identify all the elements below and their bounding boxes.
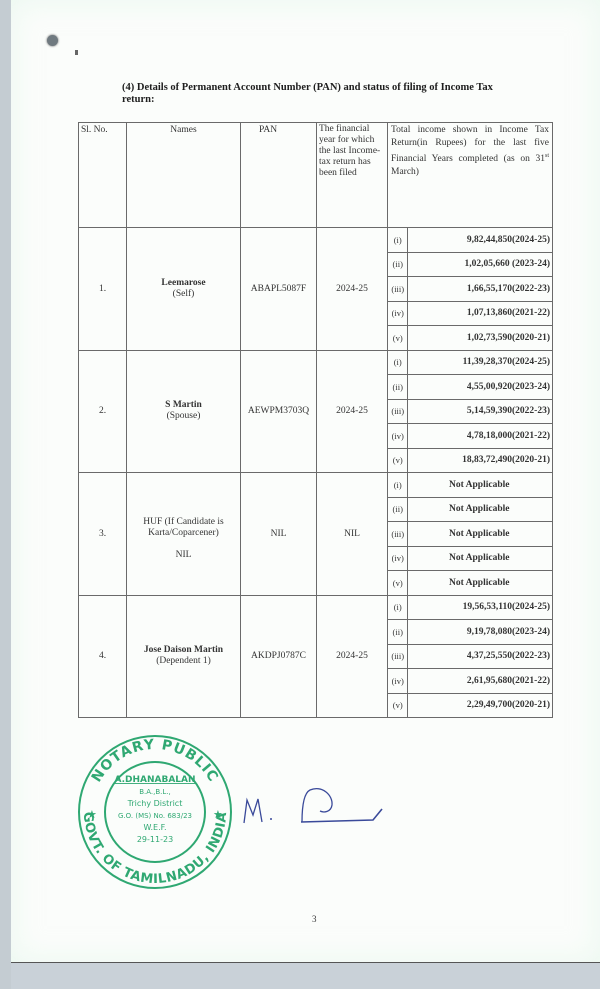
notary-stamp: NOTARY PUBLIC GOVT. OF TAMILNADU, INDIA … (70, 730, 240, 890)
income-value: 2,61,95,680(2021-22) (408, 669, 553, 694)
income-index: (iv) (388, 424, 408, 449)
row-financial-year: 2024-25 (317, 350, 388, 473)
relation: (Spouse) (167, 411, 201, 421)
header-total-income: Total income shown in Income Tax Return(… (388, 123, 553, 228)
table-row: 4.Jose Daison Martin(Dependent 1)AKDPJ07… (79, 595, 553, 620)
income-value: Not Applicable (408, 497, 553, 522)
income-value: 5,14,59,390(2022-23) (408, 399, 553, 424)
income-index: (iii) (388, 644, 408, 669)
scan-speck (75, 50, 78, 55)
row-sl-no: 1. (79, 228, 127, 351)
row-financial-year: 2024-25 (317, 228, 388, 351)
table-header-row: Sl. No. Names PAN The financial year for… (79, 123, 553, 228)
income-value: 1,66,55,170(2022-23) (408, 277, 553, 302)
income-value: 11,39,28,370(2024-25) (408, 350, 553, 375)
row-pan: ABAPL5087F (241, 228, 317, 351)
income-index: (i) (388, 473, 408, 498)
income-index: (iii) (388, 399, 408, 424)
income-index: (v) (388, 571, 408, 596)
row-name-cell: Jose Daison Martin(Dependent 1) (127, 595, 241, 718)
row-financial-year: 2024-25 (317, 595, 388, 718)
svg-text:W.E.F.: W.E.F. (144, 823, 167, 832)
income-value: Not Applicable (408, 522, 553, 547)
income-value: 4,37,25,550(2022-23) (408, 644, 553, 669)
section-heading: (4) Details of Permanent Account Number … (122, 82, 522, 106)
income-index: (iv) (388, 546, 408, 571)
income-value: 4,55,00,920(2023-24) (408, 375, 553, 400)
signature (230, 785, 405, 845)
income-index: (ii) (388, 620, 408, 645)
income-index: (ii) (388, 252, 408, 277)
income-index: (v) (388, 693, 408, 718)
svg-text:B.A.,B.L.,: B.A.,B.L., (139, 788, 171, 796)
income-index: (iii) (388, 277, 408, 302)
punch-hole-mark (47, 35, 58, 46)
row-sl-no: 2. (79, 350, 127, 473)
person-name: Leemarose (161, 278, 205, 288)
income-index: (i) (388, 595, 408, 620)
row-pan: AKDPJ0787C (241, 595, 317, 718)
income-index: (iv) (388, 301, 408, 326)
income-value: Not Applicable (408, 546, 553, 571)
svg-text:29-11-23: 29-11-23 (137, 835, 173, 844)
star-icon: ★ (213, 809, 223, 821)
row-pan: AEWPM3703Q (241, 350, 317, 473)
page-number: 3 (312, 914, 317, 924)
income-index: (v) (388, 448, 408, 473)
income-value: Not Applicable (408, 473, 553, 498)
income-value: 18,83,72,490(2020-21) (408, 448, 553, 473)
row-sl-no: 4. (79, 595, 127, 718)
row-name-cell: HUF (If Candidate is Karta/Coparcener)NI… (127, 473, 241, 596)
table-body: 1.Leemarose(Self)ABAPL5087F2024-25(i)9,8… (79, 228, 553, 718)
income-value: 4,78,18,000(2021-22) (408, 424, 553, 449)
income-value: 1,02,73,590(2020-21) (408, 326, 553, 351)
pan-details-table: Sl. No. Names PAN The financial year for… (78, 122, 553, 718)
svg-text:A.DHANABALAN: A.DHANABALAN (114, 775, 195, 785)
header-pan: PAN (241, 123, 317, 228)
income-value: 19,56,53,110(2024-25) (408, 595, 553, 620)
table-row: 2.S Martin(Spouse)AEWPM3703Q2024-25(i)11… (79, 350, 553, 375)
table-row: 1.Leemarose(Self)ABAPL5087F2024-25(i)9,8… (79, 228, 553, 253)
income-value: 1,02,05,660 (2023-24) (408, 252, 553, 277)
huf-value: NIL (176, 550, 192, 560)
income-index: (iii) (388, 522, 408, 547)
row-name-cell: Leemarose(Self) (127, 228, 241, 351)
scan-left-margin (0, 0, 11, 989)
table-row: 3.HUF (If Candidate is Karta/Coparcener)… (79, 473, 553, 498)
income-value: 9,19,78,080(2023-24) (408, 620, 553, 645)
income-index: (ii) (388, 497, 408, 522)
income-index: (ii) (388, 375, 408, 400)
income-index: (i) (388, 228, 408, 253)
relation: (Dependent 1) (156, 656, 211, 666)
star-icon: ★ (87, 809, 97, 821)
relation: (Self) (173, 289, 195, 299)
income-value: 1,07,13,860(2021-22) (408, 301, 553, 326)
person-name: Jose Daison Martin (144, 645, 223, 655)
svg-text:Trichy District: Trichy District (127, 799, 183, 808)
header-sl-no: Sl. No. (79, 123, 127, 228)
income-index: (v) (388, 326, 408, 351)
row-name-cell: S Martin(Spouse) (127, 350, 241, 473)
income-index: (i) (388, 350, 408, 375)
person-name: S Martin (165, 400, 202, 410)
income-value: Not Applicable (408, 571, 553, 596)
relation: HUF (If Candidate is Karta/Coparcener) (143, 517, 223, 538)
income-value: 9,82,44,850(2024-25) (408, 228, 553, 253)
header-names: Names (127, 123, 241, 228)
header-financial-year: The financial year for which the last In… (317, 123, 388, 228)
svg-text:G.O. (MS) No. 683/23: G.O. (MS) No. 683/23 (118, 812, 192, 820)
income-index: (iv) (388, 669, 408, 694)
income-value: 2,29,49,700(2020-21) (408, 693, 553, 718)
row-pan: NIL (241, 473, 317, 596)
row-sl-no: 3. (79, 473, 127, 596)
row-financial-year: NIL (317, 473, 388, 596)
